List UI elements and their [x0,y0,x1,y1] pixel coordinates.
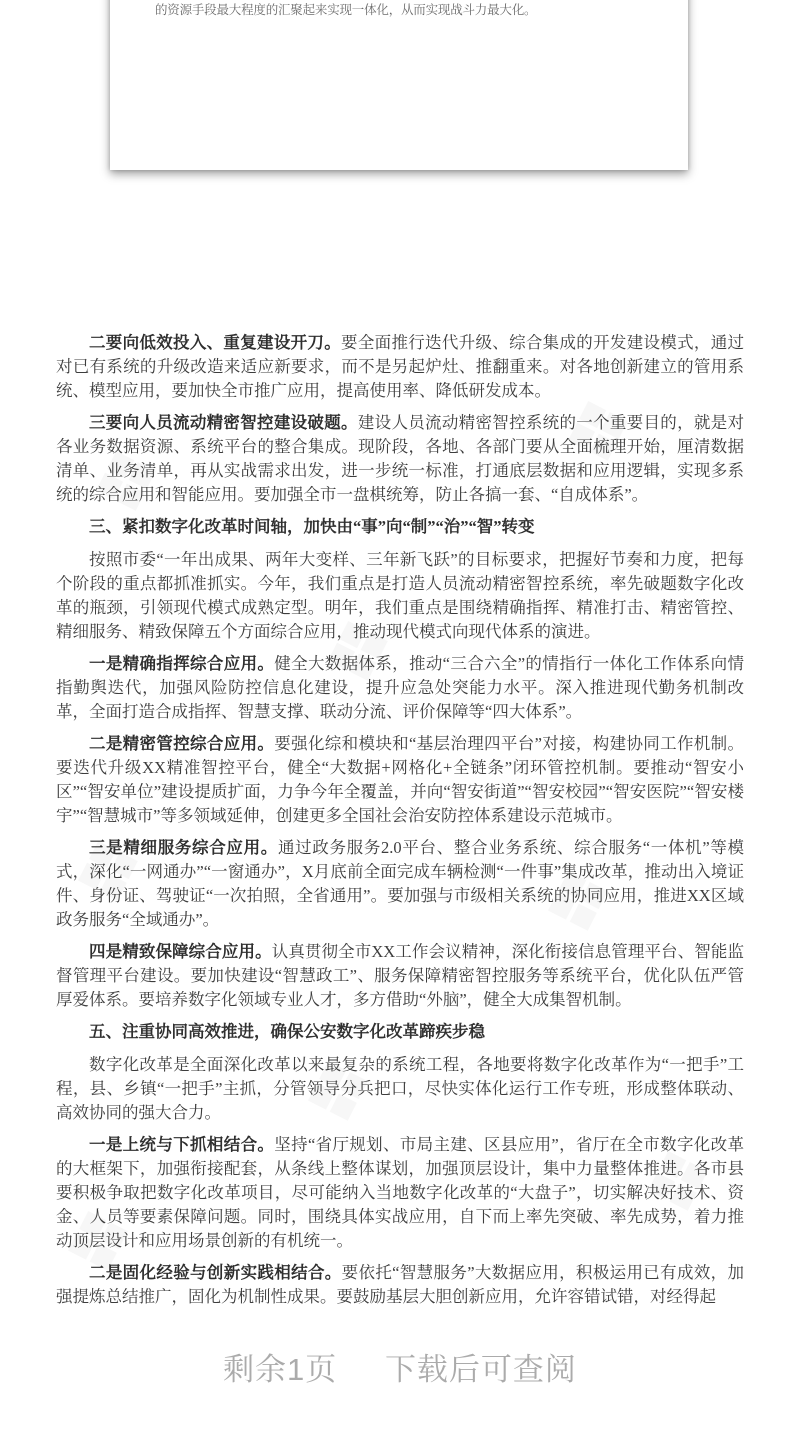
paragraph: 三要向人员流动精密智控建设破题。建设人员流动精密智控系统的一个重要目的，就是对各… [56,411,744,507]
paragraph-lead: 一是精确指挥综合应用。 [89,654,274,673]
paragraph: 二是精密管控综合应用。要强化综和模块和“基层治理四平台”对接，构建协同工作机制。… [56,732,744,828]
paragraph: 按照市委“一年出成果、两年大变样、三年新飞跃”的目标要求，把握好节奏和力度，把每… [56,548,744,644]
section-heading: 三、紧扣数字化改革时间轴，加快由“事”向“制”“治”“智”转变 [56,515,744,539]
paragraph-lead: 二要向低效投入、重复建设开刀。 [89,333,341,352]
paragraph-lead: 四是精致保障综合应用。 [89,942,272,961]
document-body: 二要向低效投入、重复建设开刀。要全面推行迭代升级、综合集成的开发建设模式，通过对… [56,331,744,1317]
paragraph: 三是精细服务综合应用。通过政务服务2.0平台、整合业务系统、综合服务“一体机”等… [56,836,744,932]
paragraph: 二是固化经验与创新实践相结合。要依托“智慧服务”大数据应用，积极运用已有成效，加… [56,1261,744,1309]
paragraph: 二要向低效投入、重复建设开刀。要全面推行迭代升级、综合集成的开发建设模式，通过对… [56,331,744,403]
paragraph-text: 按照市委“一年出成果、两年大变样、三年新飞跃”的目标要求，把握好节奏和力度，把每… [56,550,744,641]
paragraph: 四是精致保障综合应用。认真贯彻全市XX工作会议精神，深化衔接信息管理平台、智能监… [56,940,744,1012]
remaining-pages-note: 剩余1页 下载后可查阅 [0,1344,800,1389]
paragraph-text: 数字化改革是全面深化改革以来最复杂的系统工程，各地要将数字化改革作为“一把手”工… [56,1055,744,1122]
paragraph-lead: 二是精密管控综合应用。 [89,734,274,753]
download-to-view-hint: 下载后可查阅 [385,1344,577,1389]
paragraph-lead: 三是精细服务综合应用。 [89,838,278,857]
remaining-pages-count: 剩余1页 [223,1344,337,1389]
paragraph-lead: 三要向人员流动精密智控建设破题。 [89,413,358,432]
section-heading: 五、注重协同高效推进，确保公安数字化改革蹄疾步稳 [56,1020,744,1044]
preview-page-last-line: 的资源手段最大程度的汇聚起来实现一体化，从而实现战斗力最大化。 [155,3,675,18]
paragraph-lead: 一是上统与下抓相结合。 [89,1135,274,1154]
paragraph: 一是精确指挥综合应用。健全大数据体系，推动“三合六全”的情指行一体化工作体系向情… [56,652,744,724]
paragraph-lead: 二是固化经验与创新实践相结合。 [89,1263,342,1282]
paragraph: 一是上统与下抓相结合。坚持“省厅规划、市局主建、区县应用”，省厅在全市数字化改革… [56,1133,744,1253]
document-page-preview-card: 的资源手段最大程度的汇聚起来实现一体化，从而实现战斗力最大化。 [110,0,688,170]
paragraph: 数字化改革是全面深化改革以来最复杂的系统工程，各地要将数字化改革作为“一把手”工… [56,1053,744,1125]
